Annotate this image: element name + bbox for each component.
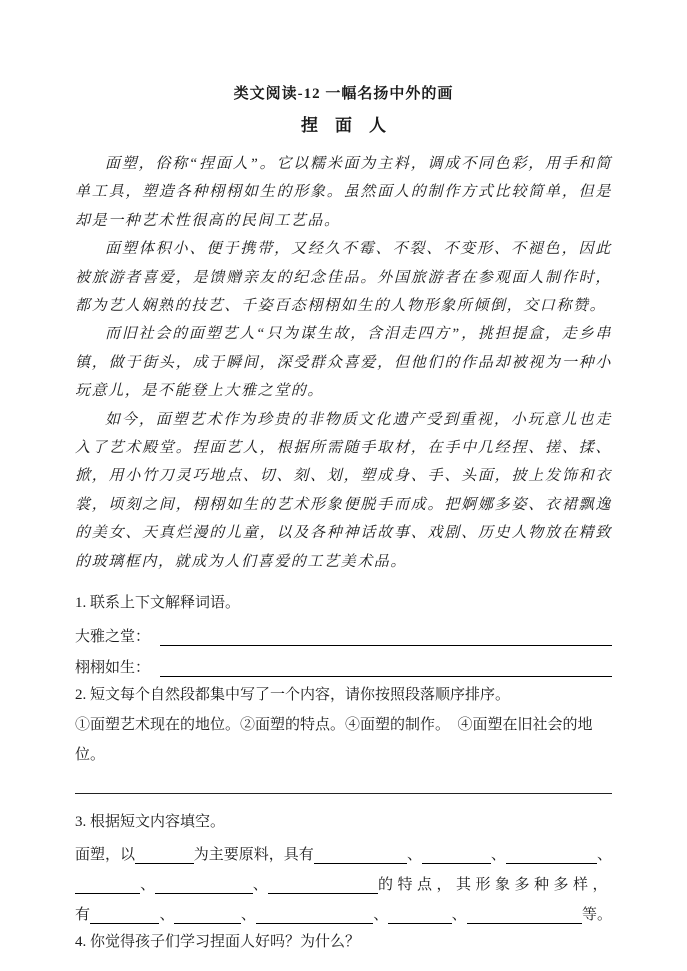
reading-passage: 面塑，俗称“捏面人”。它以糯米面为主料，调成不同色彩，用手和简单工具，塑造各种栩… (75, 150, 612, 576)
enumeration-comma: 、 (452, 903, 467, 927)
fill-blank (174, 905, 240, 924)
question-1-label: 1. 联系上下文解释词语。 (75, 588, 612, 618)
fill-blank-line-1: 面塑，以 为主要原料，具有 、 、 、 (75, 837, 612, 867)
question-4-label: 4. 你觉得孩子们学习捏面人好吗？为什么？ (75, 927, 612, 957)
enumeration-comma: 、 (407, 843, 422, 867)
answer-blank-line (160, 656, 612, 677)
fill-blank (422, 845, 491, 864)
fill-text: 等。 (582, 903, 612, 927)
enumeration-comma: 、 (491, 843, 506, 867)
answer-blank-line (160, 625, 612, 646)
worksheet-page: 类文阅读-12 一幅名扬中外的画 捏 面 人 面塑，俗称“捏面人”。它以糯米面为… (0, 0, 687, 971)
page-title: 类文阅读-12 一幅名扬中外的画 (75, 84, 612, 104)
fill-blank-line-3: 有 、 、 、 、 等。 (75, 897, 612, 927)
definition-row-dayazhitang: 大雅之堂： (75, 618, 612, 649)
enumeration-comma: 、 (253, 873, 268, 897)
fill-blank (388, 905, 451, 924)
enumeration-comma: 、 (373, 903, 388, 927)
answer-rule-line (75, 793, 612, 794)
passage-paragraph: 面塑体积小、便于携带，又经久不霉、不裂、不变形、不褪色，因此被旅游者喜爱，是馈赠… (75, 235, 612, 320)
fill-text: 面塑，以 (75, 843, 135, 867)
fill-blank (256, 905, 373, 924)
passage-paragraph: 而旧社会的面塑艺人“只为谋生故，含泪走四方”，挑担提盒，走乡串镇，做于街头，成于… (75, 320, 612, 405)
fill-blank (314, 845, 407, 864)
fill-text: 有 (75, 903, 90, 927)
question-2-label: 2. 短文每个自然段都集中写了一个内容，请你按照段落顺序排序。 (75, 680, 612, 710)
fill-blank (135, 845, 194, 864)
question-2-options: ①面塑艺术现在的地位。②面塑的特点。④面塑的制作。 ④面塑在旧社会的地位。 (75, 710, 612, 770)
fill-blank (268, 875, 378, 894)
fill-blank (506, 845, 597, 864)
fill-blank (90, 905, 159, 924)
fill-blank-line-2: 、 、 的特点，其形象多种多样， (75, 867, 612, 897)
passage-paragraph: 面塑，俗称“捏面人”。它以糯米面为主料，调成不同色彩，用手和简单工具，塑造各种栩… (75, 150, 612, 235)
fill-text: 的特点，其形象多种多样， (378, 873, 612, 897)
fill-blank (155, 875, 253, 894)
enumeration-comma: 、 (241, 903, 256, 927)
fill-text: 为主要原料，具有 (194, 843, 314, 867)
enumeration-comma: 、 (140, 873, 155, 897)
term-label: 栩栩如生： (75, 656, 150, 680)
definition-row-xuxurusheng: 栩栩如生： (75, 649, 612, 680)
fill-blank (75, 875, 140, 894)
enumeration-comma: 、 (159, 903, 174, 927)
enumeration-comma: 、 (597, 843, 612, 867)
passage-paragraph: 如今，面塑艺术作为珍贵的非物质文化遗产受到重视，小玩意儿也走入了艺术殿堂。捏面艺… (75, 406, 612, 576)
term-label: 大雅之堂： (75, 625, 150, 649)
questions-section: 1. 联系上下文解释词语。 大雅之堂： 栩栩如生： 2. 短文每个自然段都集中写… (75, 588, 612, 957)
question-3-label: 3. 根据短文内容填空。 (75, 807, 612, 837)
fill-blank (467, 905, 582, 924)
passage-title: 捏 面 人 (75, 115, 612, 137)
